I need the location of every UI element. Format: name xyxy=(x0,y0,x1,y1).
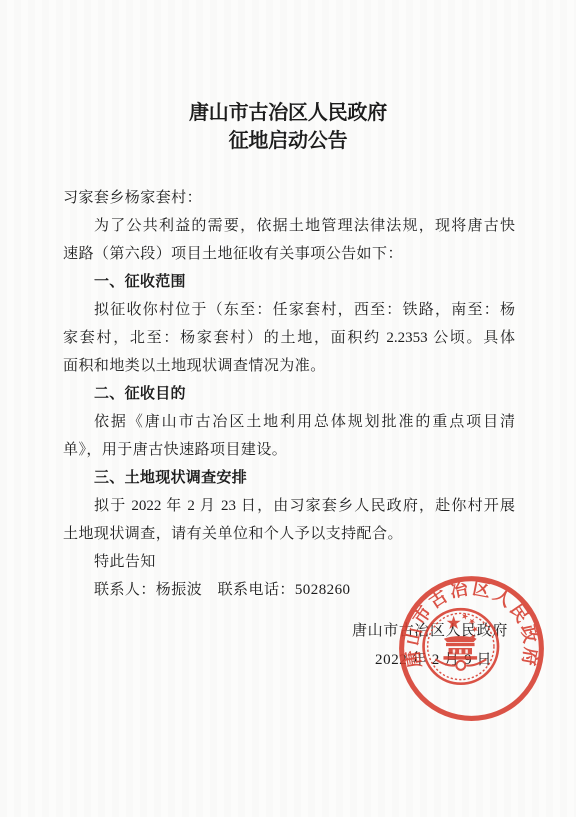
document-title: 唐山市古冶区人民政府 征地启动公告 xyxy=(0,99,576,155)
text-line: 习家套乡杨家套村： xyxy=(63,184,515,212)
text-line: 为了公共利益的需要，依据土地管理法律法规，现将唐古快 xyxy=(63,212,515,240)
text-line: 家套村，北至：杨家套村）的土地，面积约 2.2353 公顷。具体 xyxy=(63,324,515,352)
document-page: 唐山市古冶区人民政府 征地启动公告 习家套乡杨家套村：为了公共利益的需要，依据土… xyxy=(0,0,576,817)
body-lines: 习家套乡杨家套村：为了公共利益的需要，依据土地管理法律法规，现将唐古快速路（第六… xyxy=(63,184,515,604)
text-line: 土地现状调查，请有关单位和个人予以支持配合。 xyxy=(63,520,515,548)
title-line-2: 征地启动公告 xyxy=(0,127,576,155)
text-line: 面积和地类以土地现状调查情况为准。 xyxy=(63,352,515,380)
signature-date: 2022 年 2 月 9 日 xyxy=(375,646,492,674)
section-heading: 三、土地现状调查安排 xyxy=(63,464,515,492)
text-line: 依据《唐山市古冶区土地利用总体规划批准的重点项目清 xyxy=(63,408,515,436)
text-line: 拟征收你村位于（东至：任家套村，西至：铁路，南至：杨 xyxy=(63,296,515,324)
text-line: 拟于 2022 年 2 月 23 日，由习家套乡人民政府，赴你村开展 xyxy=(63,492,515,520)
text-line: 速路（第六段）项目土地征收有关事项公告如下： xyxy=(63,240,515,268)
signature-name: 唐山市古冶区人民政府 xyxy=(352,617,508,645)
text-line: 特此告知 xyxy=(63,548,515,576)
title-line-1: 唐山市古冶区人民政府 xyxy=(0,99,576,127)
section-heading: 一、征收范围 xyxy=(63,268,515,296)
section-heading: 二、征收目的 xyxy=(63,380,515,408)
text-line: 联系人：杨振波 联系电话：5028260 xyxy=(63,576,515,604)
text-line: 单》，用于唐古快速路项目建设。 xyxy=(63,436,515,464)
